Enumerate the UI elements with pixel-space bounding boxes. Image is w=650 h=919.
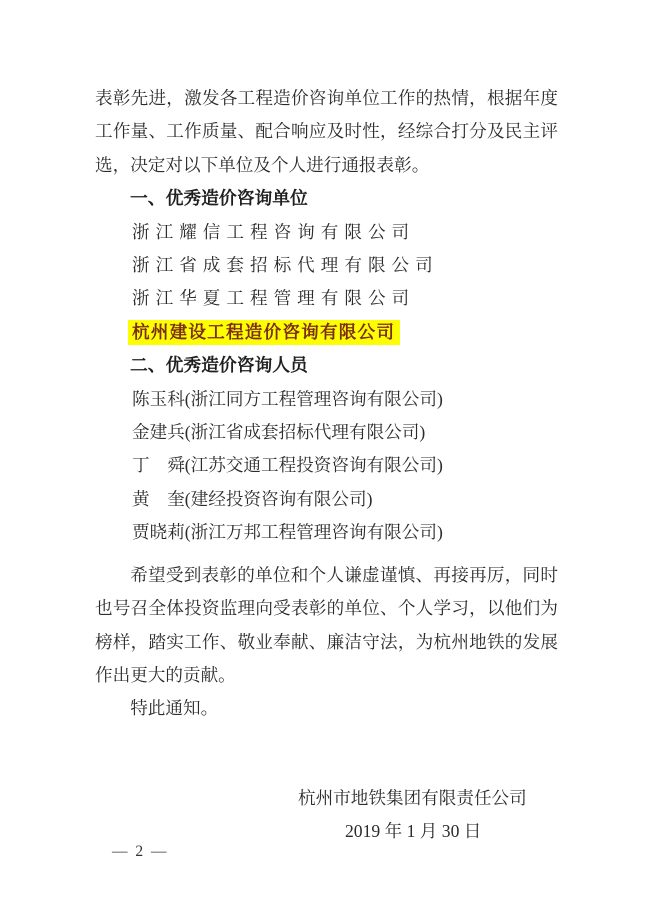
highlighted-company-text: 杭州建设工程造价咨询有限公司 [128, 320, 400, 345]
person-item: 金建兵(浙江省成套招标代理有限公司) [95, 416, 558, 449]
person-item: 丁 舜(江苏交通工程投资咨询有限公司) [95, 449, 558, 482]
person-item: 黄 奎(建经投资咨询有限公司) [95, 483, 558, 516]
intro-paragraph: 表彰先进，激发各工程造价咨询单位工作的热情，根据年度工作量、工作质量、配合响应及… [95, 82, 558, 182]
highlighted-company: 杭州建设工程造价咨询有限公司 [95, 316, 558, 349]
company-item: 浙江耀信工程咨询有限公司 [95, 216, 558, 249]
company-item: 浙江华夏工程管理有限公司 [95, 282, 558, 315]
notice-line: 特此通知。 [95, 692, 558, 725]
signature-block: 杭州市地铁集团有限责任公司 2019 年 1 月 30 日 [95, 782, 558, 849]
company-item: 浙江省成套招标代理有限公司 [95, 249, 558, 282]
person-item: 贾晓莉(浙江万邦工程管理咨询有限公司) [95, 516, 558, 549]
section2-heading: 二、优秀造价咨询人员 [95, 349, 558, 382]
person-item: 陈玉科(浙江同方工程管理咨询有限公司) [95, 383, 558, 416]
signature-line: 杭州市地铁集团有限责任公司 [95, 782, 558, 815]
closing-paragraph: 希望受到表彰的单位和个人谦虚谨慎、再接再厉，同时也号召全体投资监理向受表彰的单位… [95, 559, 558, 693]
section1-heading: 一、优秀造价咨询单位 [95, 182, 558, 215]
document-body: 表彰先进，激发各工程造价咨询单位工作的热情，根据年度工作量、工作质量、配合响应及… [95, 82, 558, 849]
document-page: 表彰先进，激发各工程造价咨询单位工作的热情，根据年度工作量、工作质量、配合响应及… [0, 0, 650, 919]
page-number: — 2 — [112, 843, 169, 861]
